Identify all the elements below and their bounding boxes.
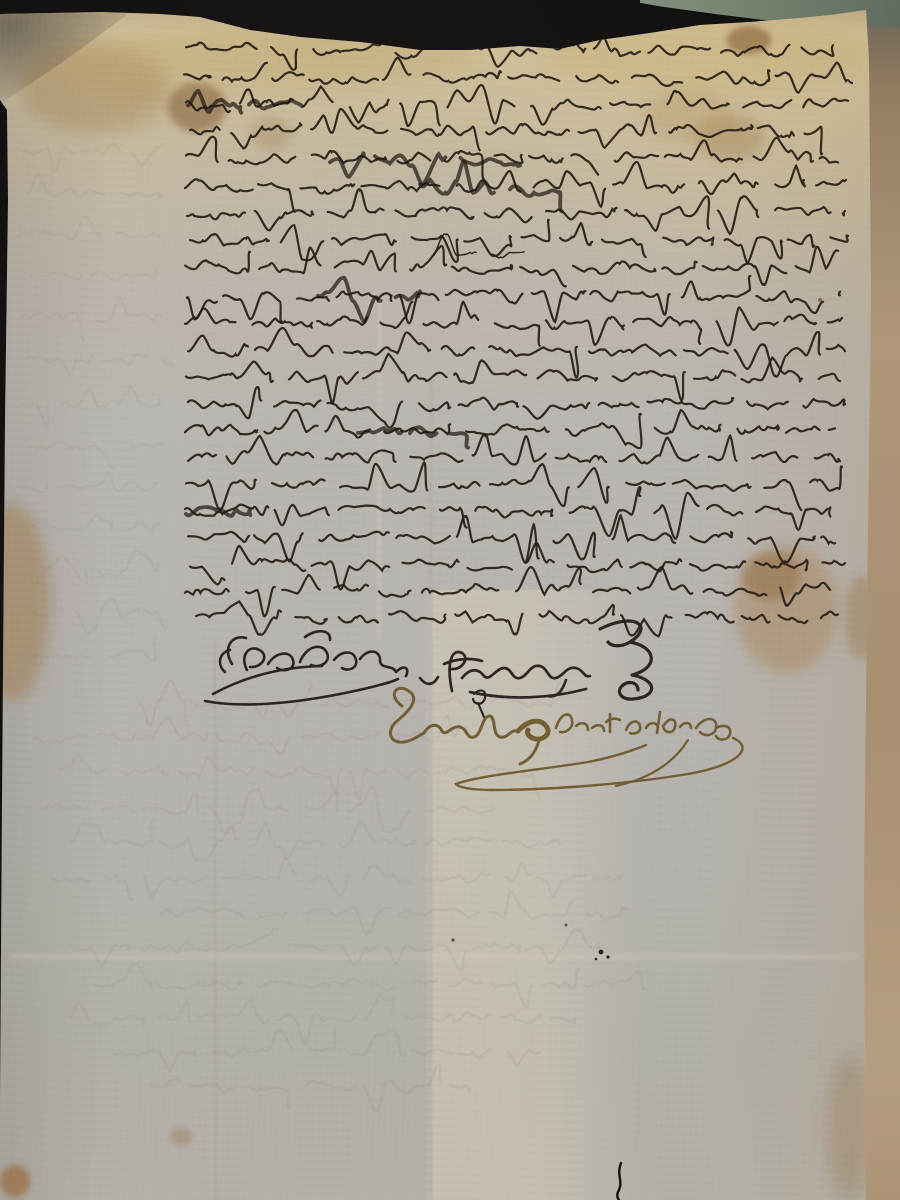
signature-center-letters: [462, 666, 590, 678]
signature-notary-blot-descender: [520, 738, 540, 764]
signature-notary-blot: [518, 721, 548, 739]
handwritten-line: [190, 543, 845, 589]
signature-left-sweep: [213, 666, 322, 694]
ghost-line: [150, 1066, 470, 1111]
ghost-line: [28, 354, 174, 375]
signature-left-letters: [244, 631, 407, 676]
manuscript-page: [0, 0, 900, 1200]
ghost-line: [18, 144, 165, 172]
ink-speck: [565, 924, 568, 927]
ink-specks: [451, 298, 822, 960]
signature-notary-end-squiggle: [696, 719, 730, 740]
ink-speck: [451, 938, 454, 941]
ghost-line: [115, 1030, 540, 1072]
ink-speck: [599, 950, 604, 955]
ghost-line: [20, 297, 162, 341]
ghost-line: [28, 173, 162, 198]
signature-left: [205, 631, 407, 704]
handwritten-line: [190, 109, 822, 154]
handwriting-layer: [0, 0, 900, 1200]
ghost-line: [16, 216, 160, 239]
ghost-line: [160, 891, 629, 934]
ghost-line: [20, 472, 158, 492]
handwritten-line: [185, 302, 842, 346]
handwritten-line: [184, 58, 852, 93]
handwritten-line: [196, 602, 838, 637]
ghost-line: [140, 681, 560, 726]
handwritten-line: [185, 410, 835, 448]
bold-overstroke: [358, 427, 468, 448]
handwritten-line: [190, 220, 848, 263]
signature-notary-sweep: [456, 738, 743, 790]
ghost-line: [28, 443, 163, 469]
handwritten-line: [187, 276, 840, 323]
signature-center-check: [420, 677, 438, 684]
handwritten-line: [185, 487, 830, 539]
ghost-line: [70, 995, 575, 1044]
ghost-line: [22, 386, 160, 427]
ghost-line: [20, 638, 156, 661]
signature-center-underline: [470, 689, 586, 697]
ghost-line: [30, 271, 157, 280]
ghost-line: [70, 929, 600, 970]
ghost-line: [24, 550, 158, 584]
ink-speck: [606, 955, 609, 958]
signature-left-initial: [220, 637, 246, 672]
ink-speck: [595, 958, 598, 961]
ghost-line: [28, 598, 166, 634]
handwritten-line: [186, 85, 848, 126]
ink-speck: [818, 298, 822, 302]
handwritten-line: [186, 462, 842, 510]
ghost-line: [60, 755, 540, 799]
handwritten-line: [188, 435, 840, 465]
signature-notary-reyal: [626, 712, 691, 734]
handwritten-line: [185, 567, 830, 616]
ghost-line: [50, 858, 621, 900]
bottom-tear: [617, 1163, 621, 1200]
photo-stage: [0, 0, 900, 1200]
ghost-line: [70, 821, 560, 860]
handwritten-text-block: [16, 36, 852, 1111]
handwritten-line: [187, 189, 845, 234]
ghost-line: [95, 963, 645, 1007]
ghost-line: [30, 515, 159, 531]
signature-center-paraph: [600, 621, 652, 699]
signature-notary-nott: [556, 714, 620, 732]
